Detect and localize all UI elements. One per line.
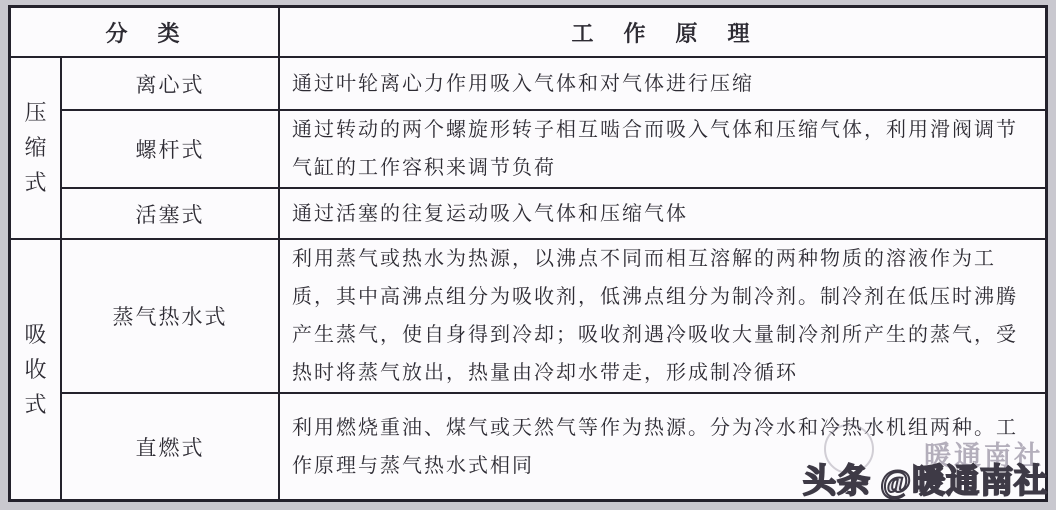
document-page: 分 类 工 作 原 理 压 缩 式 离心式 通过叶轮离心力作用吸入气体和对气体进… [0,0,1056,510]
type-screw: 螺杆式 [62,111,280,189]
group-absorption-char-1: 吸 [24,324,46,346]
type-piston: 活塞式 [62,189,280,240]
group-label-compression: 压 缩 式 [11,58,62,240]
principle-piston: 通过活塞的往复运动吸入气体和压缩气体 [280,189,1045,240]
principle-steam-hot-water: 利用蒸气或热水为热源，以沸点不同而相互溶解的两种物质的溶液作为工质，其中高沸点组… [280,240,1045,394]
group-compression-char-3: 式 [24,172,46,194]
principle-steam-hot-water-text: 利用蒸气或热水为热源，以沸点不同而相互溶解的两种物质的溶液作为工质，其中高沸点组… [292,240,1035,392]
principle-screw: 通过转动的两个螺旋形转子相互啮合而吸入气体和压缩气体，利用滑阀调节气缸的工作容积… [280,111,1045,189]
group-compression-char-2: 缩 [24,137,46,159]
classification-table: 分 类 工 作 原 理 压 缩 式 离心式 通过叶轮离心力作用吸入气体和对气体进… [8,5,1048,502]
principle-piston-text: 通过活塞的往复运动吸入气体和压缩气体 [292,195,688,233]
group-label-absorption: 吸 收 式 [11,240,62,499]
principle-screw-text: 通过转动的两个螺旋形转子相互啮合而吸入气体和压缩气体，利用滑阀调节气缸的工作容积… [292,111,1035,187]
principle-centrifugal-text: 通过叶轮离心力作用吸入气体和对气体进行压缩 [292,65,754,103]
type-centrifugal: 离心式 [62,58,280,111]
type-steam-hot-water: 蒸气热水式 [62,240,280,394]
principle-centrifugal: 通过叶轮离心力作用吸入气体和对气体进行压缩 [280,58,1045,111]
group-absorption-char-3: 式 [24,394,46,416]
header-classification: 分 类 [11,8,280,58]
group-compression-char-1: 压 [24,102,46,124]
watermark-main-text: 头条 @暖通南社 [803,455,1048,502]
type-direct-fired: 直燃式 [62,394,280,499]
group-absorption-char-2: 收 [24,359,46,381]
header-working-principle: 工 作 原 理 [280,8,1045,58]
